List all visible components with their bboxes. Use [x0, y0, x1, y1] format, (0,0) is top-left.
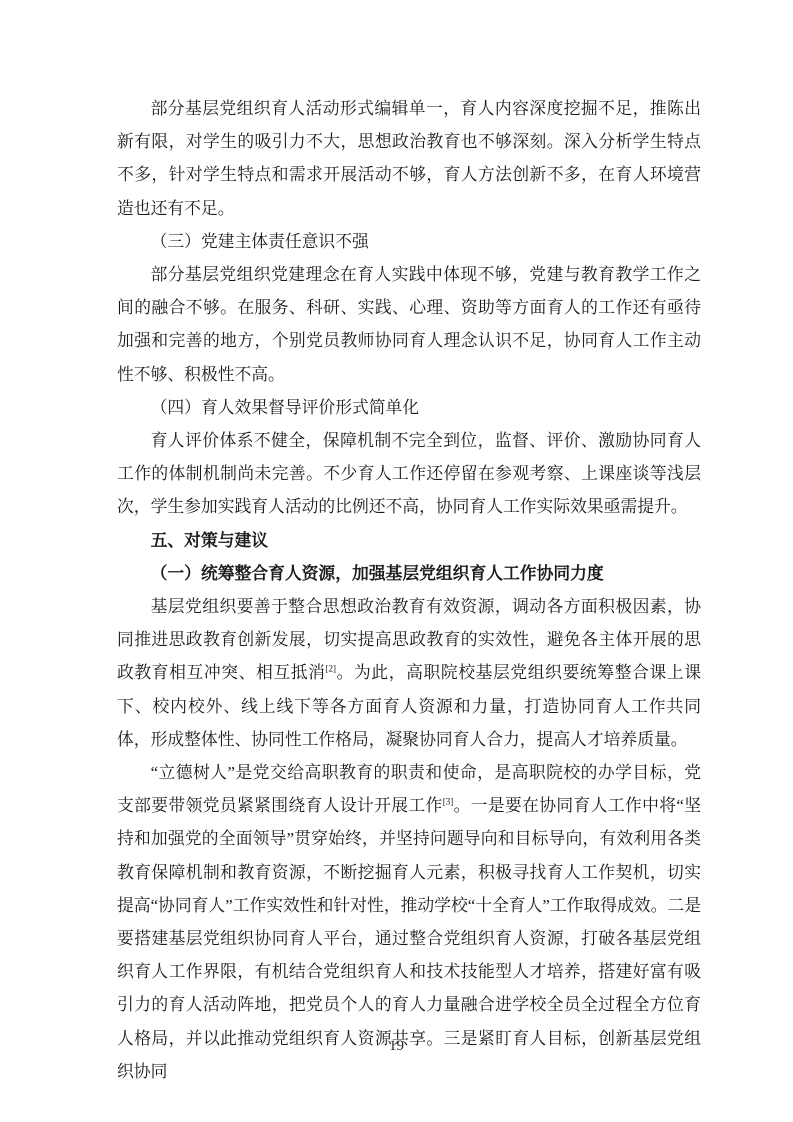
- heading-section-4: （四）育人效果督导评价形式简单化: [117, 391, 701, 424]
- paragraph-evaluation: 育人评价体系不健全，保障机制不完全到位，监督、评价、激励协同育人工作的体制机制尚…: [117, 424, 701, 524]
- paragraph-integrate-resources: 基层党组织要善于整合思想政治教育有效资源，调动各方面积极因素，协同推进思政教育创…: [117, 590, 701, 756]
- document-page: 部分基层党组织育人活动形式编辑单一，育人内容深度挖掘不足，推陈出新有限，对学生的…: [0, 0, 793, 1122]
- heading-section-5-1: （一）统筹整合育人资源，加强基层党组织育人工作协同力度: [117, 557, 701, 590]
- heading-section-3: （三）党建主体责任意识不强: [117, 225, 701, 258]
- citation-ref: [2]: [326, 664, 337, 674]
- citation-ref: [3]: [443, 797, 454, 807]
- paragraph-party-building: 部分基层党组织党建理念在育人实践中体现不够，党建与教育教学工作之间的融合不够。在…: [117, 258, 701, 391]
- page-content: 部分基层党组织育人活动形式编辑单一，育人内容深度挖掘不足，推陈出新有限，对学生的…: [117, 92, 701, 1088]
- heading-chapter-5: 五、对策与建议: [117, 524, 701, 557]
- page-number: 19: [0, 1036, 793, 1056]
- paragraph-activity-issues: 部分基层党组织育人活动形式编辑单一，育人内容深度挖掘不足，推陈出新有限，对学生的…: [117, 92, 701, 225]
